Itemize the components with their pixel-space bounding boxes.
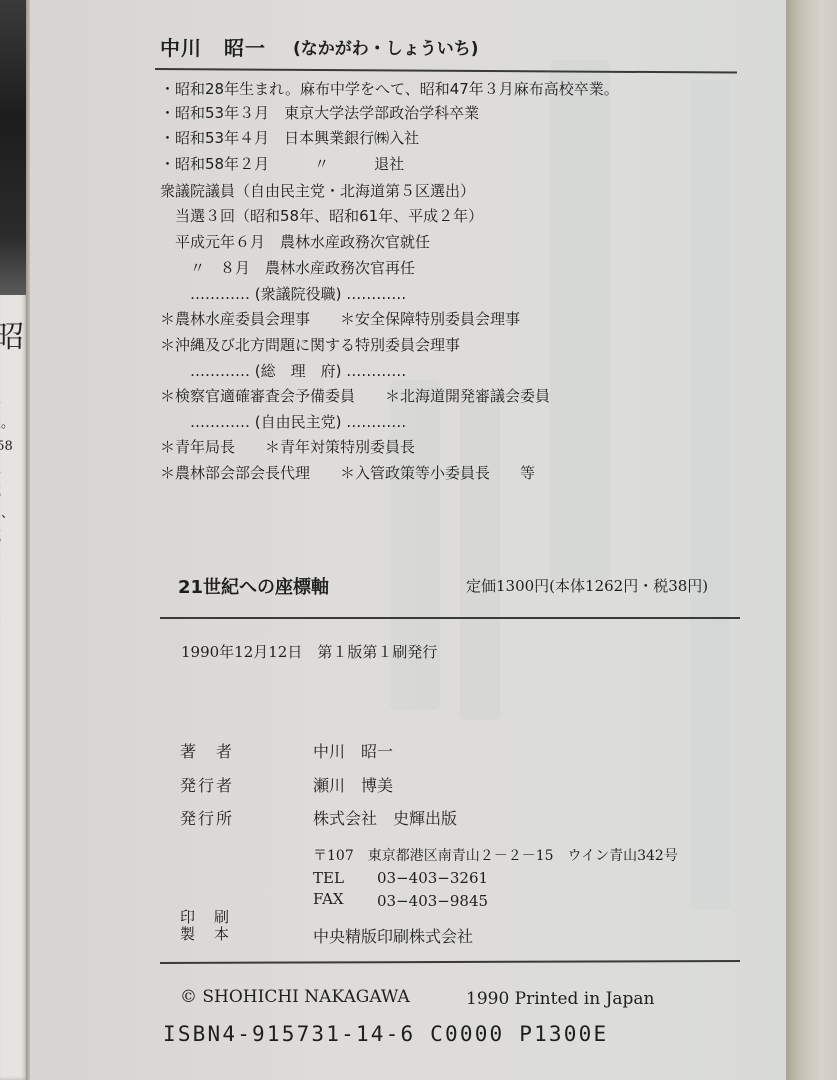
bio-line: 平成元年６月 農林水産政務次官就任	[160, 231, 430, 252]
bio-line: ・昭和58年２月 〃 退社	[160, 153, 404, 174]
binding-label: 製 本	[180, 926, 231, 943]
bio-line: ・昭和28年生まれ。麻布中学をへて、昭和47年３月麻布高校卒業。	[160, 78, 619, 99]
title-rule	[160, 617, 740, 619]
left-fragment: 158	[0, 436, 28, 459]
show-through-shadow	[550, 60, 610, 580]
author-reading: (なかがわ・しょういち)	[293, 34, 479, 59]
publisher-person-label: 発行者	[180, 773, 234, 796]
fax-label: FAX	[313, 890, 344, 908]
author-header-name: 中川昭一	[160, 32, 266, 61]
left-adjacent-page: 昭 ま 卒 業。 158 主 成 を、 流 お 、 。 的	[0, 0, 28, 1080]
bio-line: 当選３回（昭和58年、昭和61年、平成２年）	[160, 205, 483, 226]
left-fragment: 的	[0, 616, 28, 639]
publisher-label: 発行所	[180, 806, 234, 829]
printing-label: 印 刷	[180, 909, 231, 926]
book-edge	[786, 0, 837, 1080]
bio-line: ・昭和53年３月 東京大学法学部政治学科卒業	[160, 102, 479, 123]
colophon-page	[30, 0, 787, 1080]
printed-in: 1990 Printed in Japan	[466, 989, 655, 1009]
isbn-code: ISBN4-915731-14-6 C0000 P1300E	[163, 1022, 608, 1046]
left-fragment: 流	[0, 526, 28, 549]
left-fragment: を、	[0, 503, 28, 526]
author-given-name: 昭一	[224, 36, 266, 60]
left-page-photo	[0, 0, 26, 295]
publisher-value: 株式会社 史輝出版	[313, 806, 457, 829]
author-family-name: 中川	[160, 36, 202, 60]
tel-label: TEL	[313, 869, 344, 887]
publisher-person-value: 瀬川 博美	[313, 773, 393, 796]
author-value: 中川 昭一	[313, 739, 393, 762]
bio-line: ＊農林水産委員会理事 ＊安全保障特別委員会理事	[160, 308, 520, 329]
show-through-shadow	[460, 400, 500, 720]
tel-value: 03−403−3261	[377, 869, 488, 887]
bio-line: ＊農林部会部会長代理 ＊入管政策等小委員長 等	[160, 462, 535, 483]
bio-line: ＊青年局長 ＊青年対策特別委員長	[160, 436, 415, 457]
bio-line: ＊沖縄及び北方問題に関する特別委員会理事	[160, 334, 460, 355]
publisher-address: 〒107 東京都港区南青山２－２－15 ウイン青山342号	[313, 845, 678, 865]
publication-date: 1990年12月12日 第１版第１刷発行	[181, 641, 437, 662]
left-page-heading-char: 昭	[0, 318, 28, 358]
bio-line: ＊検察官適確審査会予備委員 ＊北海道開発審議会委員	[160, 385, 550, 406]
author-label: 著 者	[180, 739, 234, 762]
show-through-shadow	[690, 80, 730, 910]
book-title: 21世紀への座標軸	[178, 573, 329, 599]
printer-value: 中央精版印刷株式会社	[313, 924, 473, 947]
left-fragment: ま	[0, 368, 28, 391]
left-page-text-fragment: 昭 ま 卒 業。 158 主 成 を、 流 お 、 。 的	[0, 318, 28, 638]
left-fragment: 卒	[0, 391, 28, 414]
bio-line: ・昭和53年４月 日本興業銀行㈱入社	[160, 127, 419, 148]
bio-section-divider: ………… (衆議院役職) …………	[160, 283, 406, 304]
left-fragment: お	[0, 548, 28, 571]
bio-line: 衆議院議員（自由民主党・北海道第５区選出）	[160, 180, 475, 201]
bio-line: 〃 ８月 農林水産政務次官再任	[160, 257, 415, 278]
left-fragment: 。	[0, 593, 28, 616]
left-fragment: 、	[0, 571, 28, 594]
bio-section-divider: ………… (総 理 府) …………	[160, 360, 406, 381]
copyright: © SHOHICHI NAKAGAWA	[180, 987, 410, 1007]
left-fragment: 主	[0, 458, 28, 481]
book-price: 定価1300円(本体1262円・税38円)	[466, 575, 708, 596]
bio-section-divider: ………… (自由民主党) …………	[160, 411, 406, 432]
left-fragment: 成	[0, 481, 28, 504]
left-fragment: 業。	[0, 413, 28, 436]
fax-value: 03−403−9845	[377, 892, 488, 910]
